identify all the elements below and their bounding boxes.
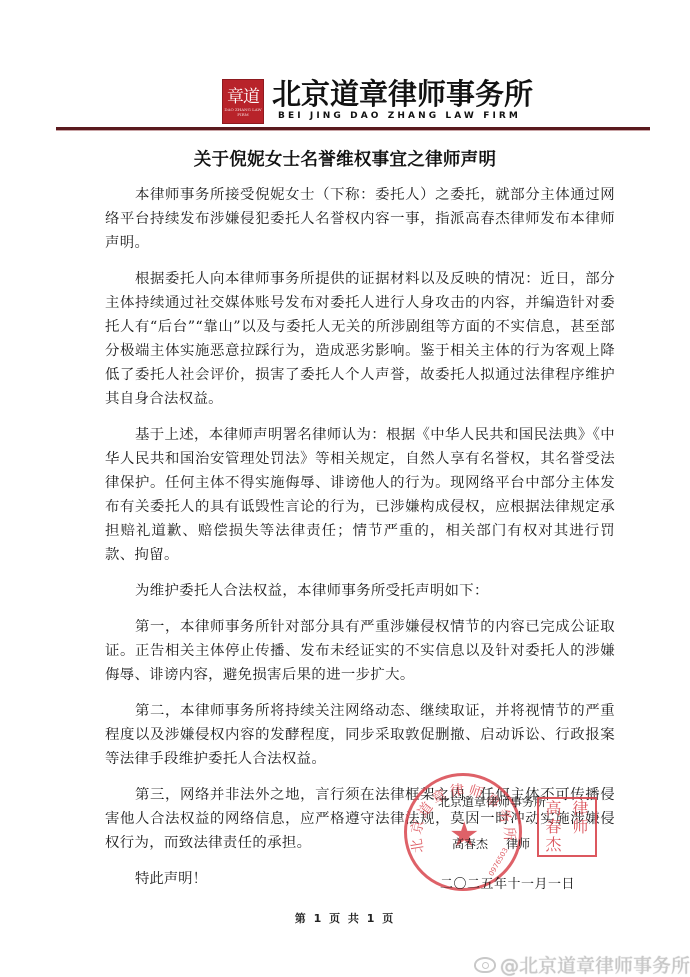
signature-lawyer: 高春杰律师: [452, 835, 548, 852]
signature-firm: 北京道章律师事务所: [438, 793, 546, 810]
stamp-char: 春: [540, 818, 567, 836]
stamp-char: 杰: [540, 836, 567, 854]
weibo-watermark: @北京道章律师事务所: [474, 951, 690, 977]
letterhead: 章道 DAO ZHANG LAW FIRM 北京道章律师事务所 BEI JING…: [0, 76, 690, 124]
firm-name-english: BEI JING DAO ZHANG LAW FIRM: [278, 111, 521, 121]
stamp-char: 高: [540, 800, 567, 818]
document-title: 关于倪妮女士名誉维权事宜之律师声明: [0, 146, 690, 171]
weibo-logo-icon: [474, 957, 496, 973]
paragraph-point-one: 第一，本律师事务所针对部分具有严重涉嫌侵权情节的内容已完成公证取证。正告相关主体…: [105, 615, 615, 687]
seal-char: 道: [243, 87, 259, 107]
lawyer-title: 律师: [506, 837, 530, 851]
paragraph-legal-basis: 基于上述，本律师声明署名律师认为：根据《中华人民共和国民法典》《中华人民共和国治…: [105, 423, 615, 567]
stamp-char: 师: [567, 818, 594, 836]
stamp-char: 律: [567, 800, 594, 818]
document-body: 本律师事务所接受倪妮女士（下称：委托人）之委托，就部分主体通过网络平台持续发布涉…: [105, 183, 615, 888]
paragraph-intro: 本律师事务所接受倪妮女士（下称：委托人）之委托，就部分主体通过网络平台持续发布涉…: [105, 183, 615, 255]
watermark-text: @北京道章律师事务所: [500, 951, 690, 977]
letterhead-divider: [56, 127, 650, 131]
paragraph-facts: 根据委托人向本律师事务所提供的证据材料以及反映的情况：近日，部分主体持续通过社交…: [105, 267, 615, 411]
firm-name-chinese: 北京道章律师事务所: [272, 78, 533, 110]
paragraph-point-two: 第二，本律师事务所将持续关注网络动态、继续取证，并将视情节的严重程度以及涉嫌侵权…: [105, 699, 615, 771]
lawyer-personal-stamp: 高 春 杰 律 师: [537, 797, 597, 857]
seal-subtext: DAO ZHANG LAW FIRM: [223, 107, 263, 117]
page-indicator: 第 1 页 共 1 页: [0, 910, 690, 926]
signature-date: 二〇二五年十一月一日: [440, 873, 575, 892]
firm-logo-seal: 章道 DAO ZHANG LAW FIRM: [222, 79, 264, 124]
paragraph-declaration-lead: 为维护委托人合法权益，本律师事务所受托声明如下：: [105, 579, 615, 603]
lawyer-name: 高春杰: [452, 837, 488, 851]
seal-char: 章: [227, 87, 243, 107]
